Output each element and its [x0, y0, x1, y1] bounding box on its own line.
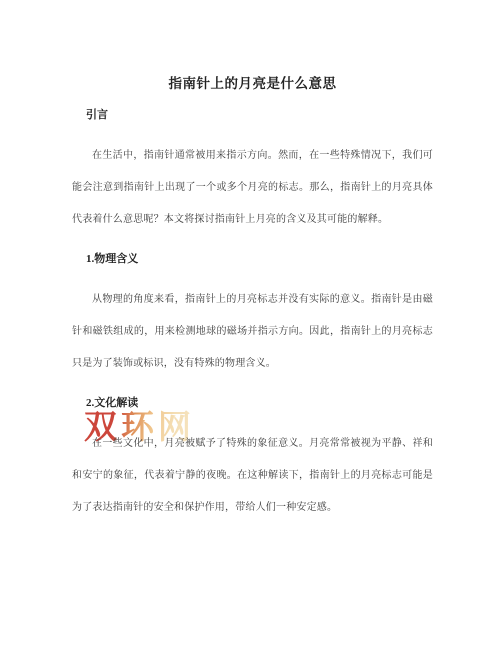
document-page: 双环网 指南针上的月亮是什么意思 引言 在生活中，指南针通常被用来指示方向。然而… [0, 0, 500, 647]
section-heading-physical-meaning: 1.物理含义 [72, 252, 433, 266]
section-heading-cultural-interpretation: 2.文化解读 [72, 396, 433, 410]
document-content: 指南针上的月亮是什么意思 引言 在生活中，指南针通常被用来指示方向。然而，在一些… [72, 0, 433, 524]
section-paragraph-cultural-interpretation: 在一些文化中，月亮被赋予了特殊的象征意义。月亮常常被视为平静、祥和和安宁的象征，… [72, 428, 433, 524]
section-physical-meaning: 1.物理含义 从物理的角度来看，指南针上的月亮标志并没有实际的意义。指南针是由磁… [72, 252, 433, 380]
section-cultural-interpretation: 2.文化解读 在一些文化中，月亮被赋予了特殊的象征意义。月亮常常被视为平静、祥和… [72, 396, 433, 524]
section-paragraph-introduction: 在生活中，指南针通常被用来指示方向。然而，在一些特殊情况下，我们可能会注意到指南… [72, 140, 433, 236]
document-title: 指南针上的月亮是什么意思 [72, 0, 433, 94]
section-paragraph-physical-meaning: 从物理的角度来看，指南针上的月亮标志并没有实际的意义。指南针是由磁针和磁铁组成的… [72, 284, 433, 380]
section-heading-introduction: 引言 [72, 108, 433, 122]
section-introduction: 引言 在生活中，指南针通常被用来指示方向。然而，在一些特殊情况下，我们可能会注意… [72, 108, 433, 236]
